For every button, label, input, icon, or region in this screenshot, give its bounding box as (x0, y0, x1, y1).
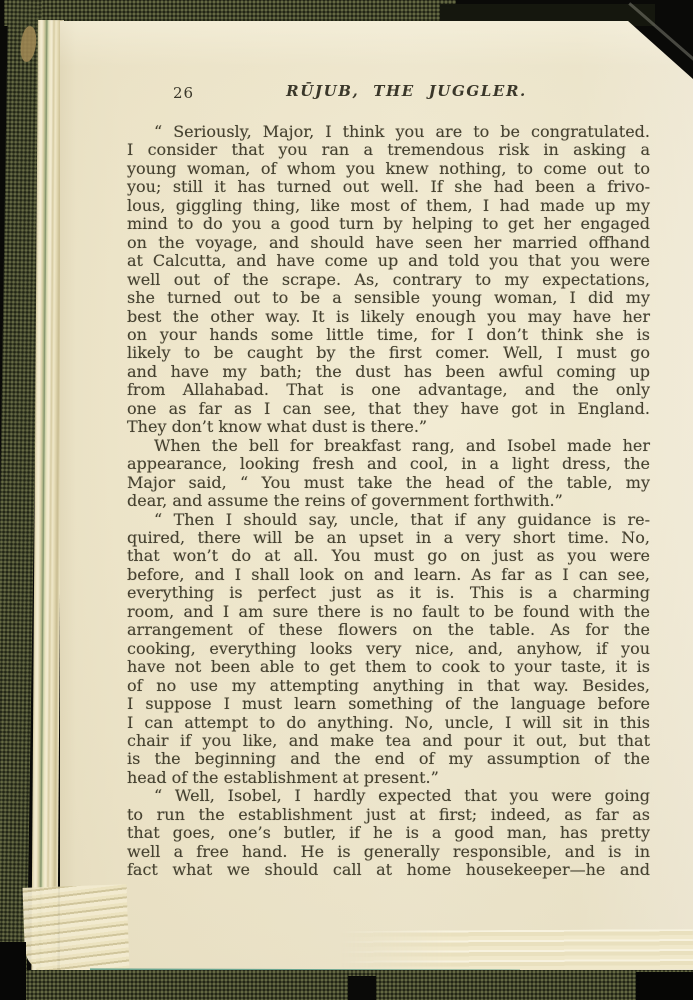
shadow-bottom-right (636, 972, 693, 1000)
text-line: I consider that you ran a tremendous ris… (127, 141, 650, 159)
text-line: appearance, looking fresh and cool, in a… (127, 455, 650, 473)
text-line: fact what we should call at home houseke… (127, 861, 650, 879)
text-line: “ Well, Isobel, I hardly expected that y… (127, 787, 650, 805)
text-line: on the voyage, and should have seen her … (127, 234, 650, 252)
text-line: have not been able to get them to cook t… (127, 658, 650, 676)
book-photo-scene: 26 RŪJUB, THE JUGGLER. “ Seriously, Majo… (0, 0, 693, 1000)
text-line: on your hands some little time, for I do… (127, 326, 650, 344)
running-title: RŪJUB, THE JUGGLER. (127, 82, 650, 100)
text-line: dear, and assume the reins of government… (127, 492, 650, 510)
text-line: likely to be caught by the first comer. … (127, 344, 650, 362)
text-line: I can attempt to do anything. No, uncle,… (127, 714, 650, 732)
text-line: one as far as I can see, that they have … (127, 400, 650, 418)
text-line: head of the establishment at present.” (127, 769, 650, 787)
book-page: 26 RŪJUB, THE JUGGLER. “ Seriously, Majo… (60, 21, 693, 974)
text-line: that won’t do at all. You must go on jus… (127, 547, 650, 565)
text-line: to run the establishment just at first; … (127, 806, 650, 824)
text-line: that goes, one’s butler, if he is a good… (127, 824, 650, 842)
page-edge-stack-left (31, 20, 64, 974)
text-line: When the bell for breakfast rang, and Is… (127, 437, 650, 455)
shadow-bottom-left (0, 942, 26, 1000)
text-line: “ Then I should say, uncle, that if any … (127, 511, 650, 529)
page-header: 26 RŪJUB, THE JUGGLER. (127, 82, 650, 104)
text-line: chair if you like, and make tea and pour… (127, 732, 650, 750)
cover-shadow-notch (348, 976, 376, 1000)
text-line: They don’t know what dust is there.” (127, 418, 650, 436)
book-cover-cloth-bottom (0, 970, 693, 1000)
text-line: lous, giggling thing, like most of them,… (127, 197, 650, 215)
text-line: and have my bath; the dust has been awfu… (127, 363, 650, 381)
body-text: “ Seriously, Major, I think you are to b… (127, 123, 650, 880)
text-line: Major said, “ You must take the head of … (127, 474, 650, 492)
text-line: quired, there will be an upset in a very… (127, 529, 650, 547)
text-line: arrangement of these flowers on the tabl… (127, 621, 650, 639)
text-line: mind to do you a good turn by helping to… (127, 215, 650, 233)
text-line: well a free hand. He is generally respon… (127, 843, 650, 861)
text-line: “ Seriously, Major, I think you are to b… (127, 123, 650, 141)
text-line: is the beginning and the end of my assum… (127, 750, 650, 768)
text-line: best the other way. It is likely enough … (127, 308, 650, 326)
text-line: from Allahabad. That is one advantage, a… (127, 381, 650, 399)
text-line: she turned out to be a sensible young wo… (127, 289, 650, 307)
page-bottom-fore-edge-streaks (340, 929, 693, 971)
text-line: young woman, of whom you knew nothing, t… (127, 160, 650, 178)
text-line: room, and I am sure there is no fault to… (127, 603, 650, 621)
text-line: of no use my attempting anything in that… (127, 677, 650, 695)
text-line: you; still it has turned out well. If sh… (127, 178, 650, 196)
page-top-highlight (60, 21, 693, 67)
text-line: well out of the scrape. As, contrary to … (127, 271, 650, 289)
page-number: 26 (173, 84, 194, 102)
text-line: at Calcutta, and have come up and told y… (127, 252, 650, 270)
text-line: cooking, everything looks very nice, and… (127, 640, 650, 658)
page-edge-stack-bottom-left (23, 884, 130, 974)
text-line: before, and I shall look on and learn. A… (127, 566, 650, 584)
text-line: I suppose I must learn something of the … (127, 695, 650, 713)
text-line: everything is perfect just as it is. Thi… (127, 584, 650, 602)
